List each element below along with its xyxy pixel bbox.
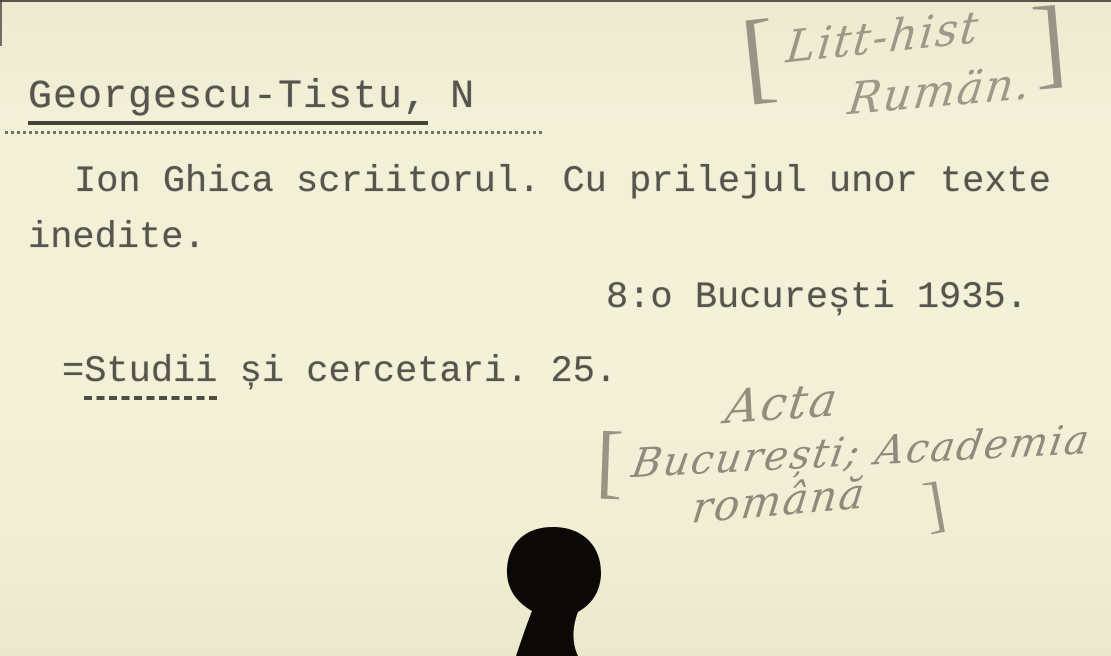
- provenance-note-line-1: Acta: [723, 376, 842, 430]
- series-title-underlined: Studii: [84, 351, 217, 400]
- title-line-2: inedite.: [28, 216, 206, 260]
- dotted-rule: [5, 100, 542, 134]
- scan-left-edge: [0, 0, 2, 46]
- series-prefix: =: [62, 351, 84, 393]
- subject-note-line-2: Rumän.: [846, 62, 1035, 123]
- pencil-bracket-close-icon: ]: [1028, 0, 1070, 93]
- pencil-bracket-open-icon: [: [737, 5, 781, 110]
- pencil-bracket-close-icon: ]: [919, 473, 950, 538]
- series-line: =Studii și cercetari. 25.: [62, 350, 617, 394]
- series-rest: și cercetari. 25.: [217, 351, 617, 393]
- catalog-card-scan: Georgescu-Tistu,N Ion Ghica scriitorul. …: [0, 0, 1111, 656]
- imprint-line: 8:o București 1935.: [606, 276, 1028, 320]
- subject-note-line-1: Litt-hist: [784, 5, 982, 70]
- provenance-note-line-3: română: [690, 472, 869, 530]
- scan-top-edge: [0, 0, 1111, 2]
- pencil-bracket-open-icon: [: [595, 420, 625, 503]
- title-line-1: Ion Ghica scriitorul. Cu prilejul unor t…: [74, 160, 1051, 204]
